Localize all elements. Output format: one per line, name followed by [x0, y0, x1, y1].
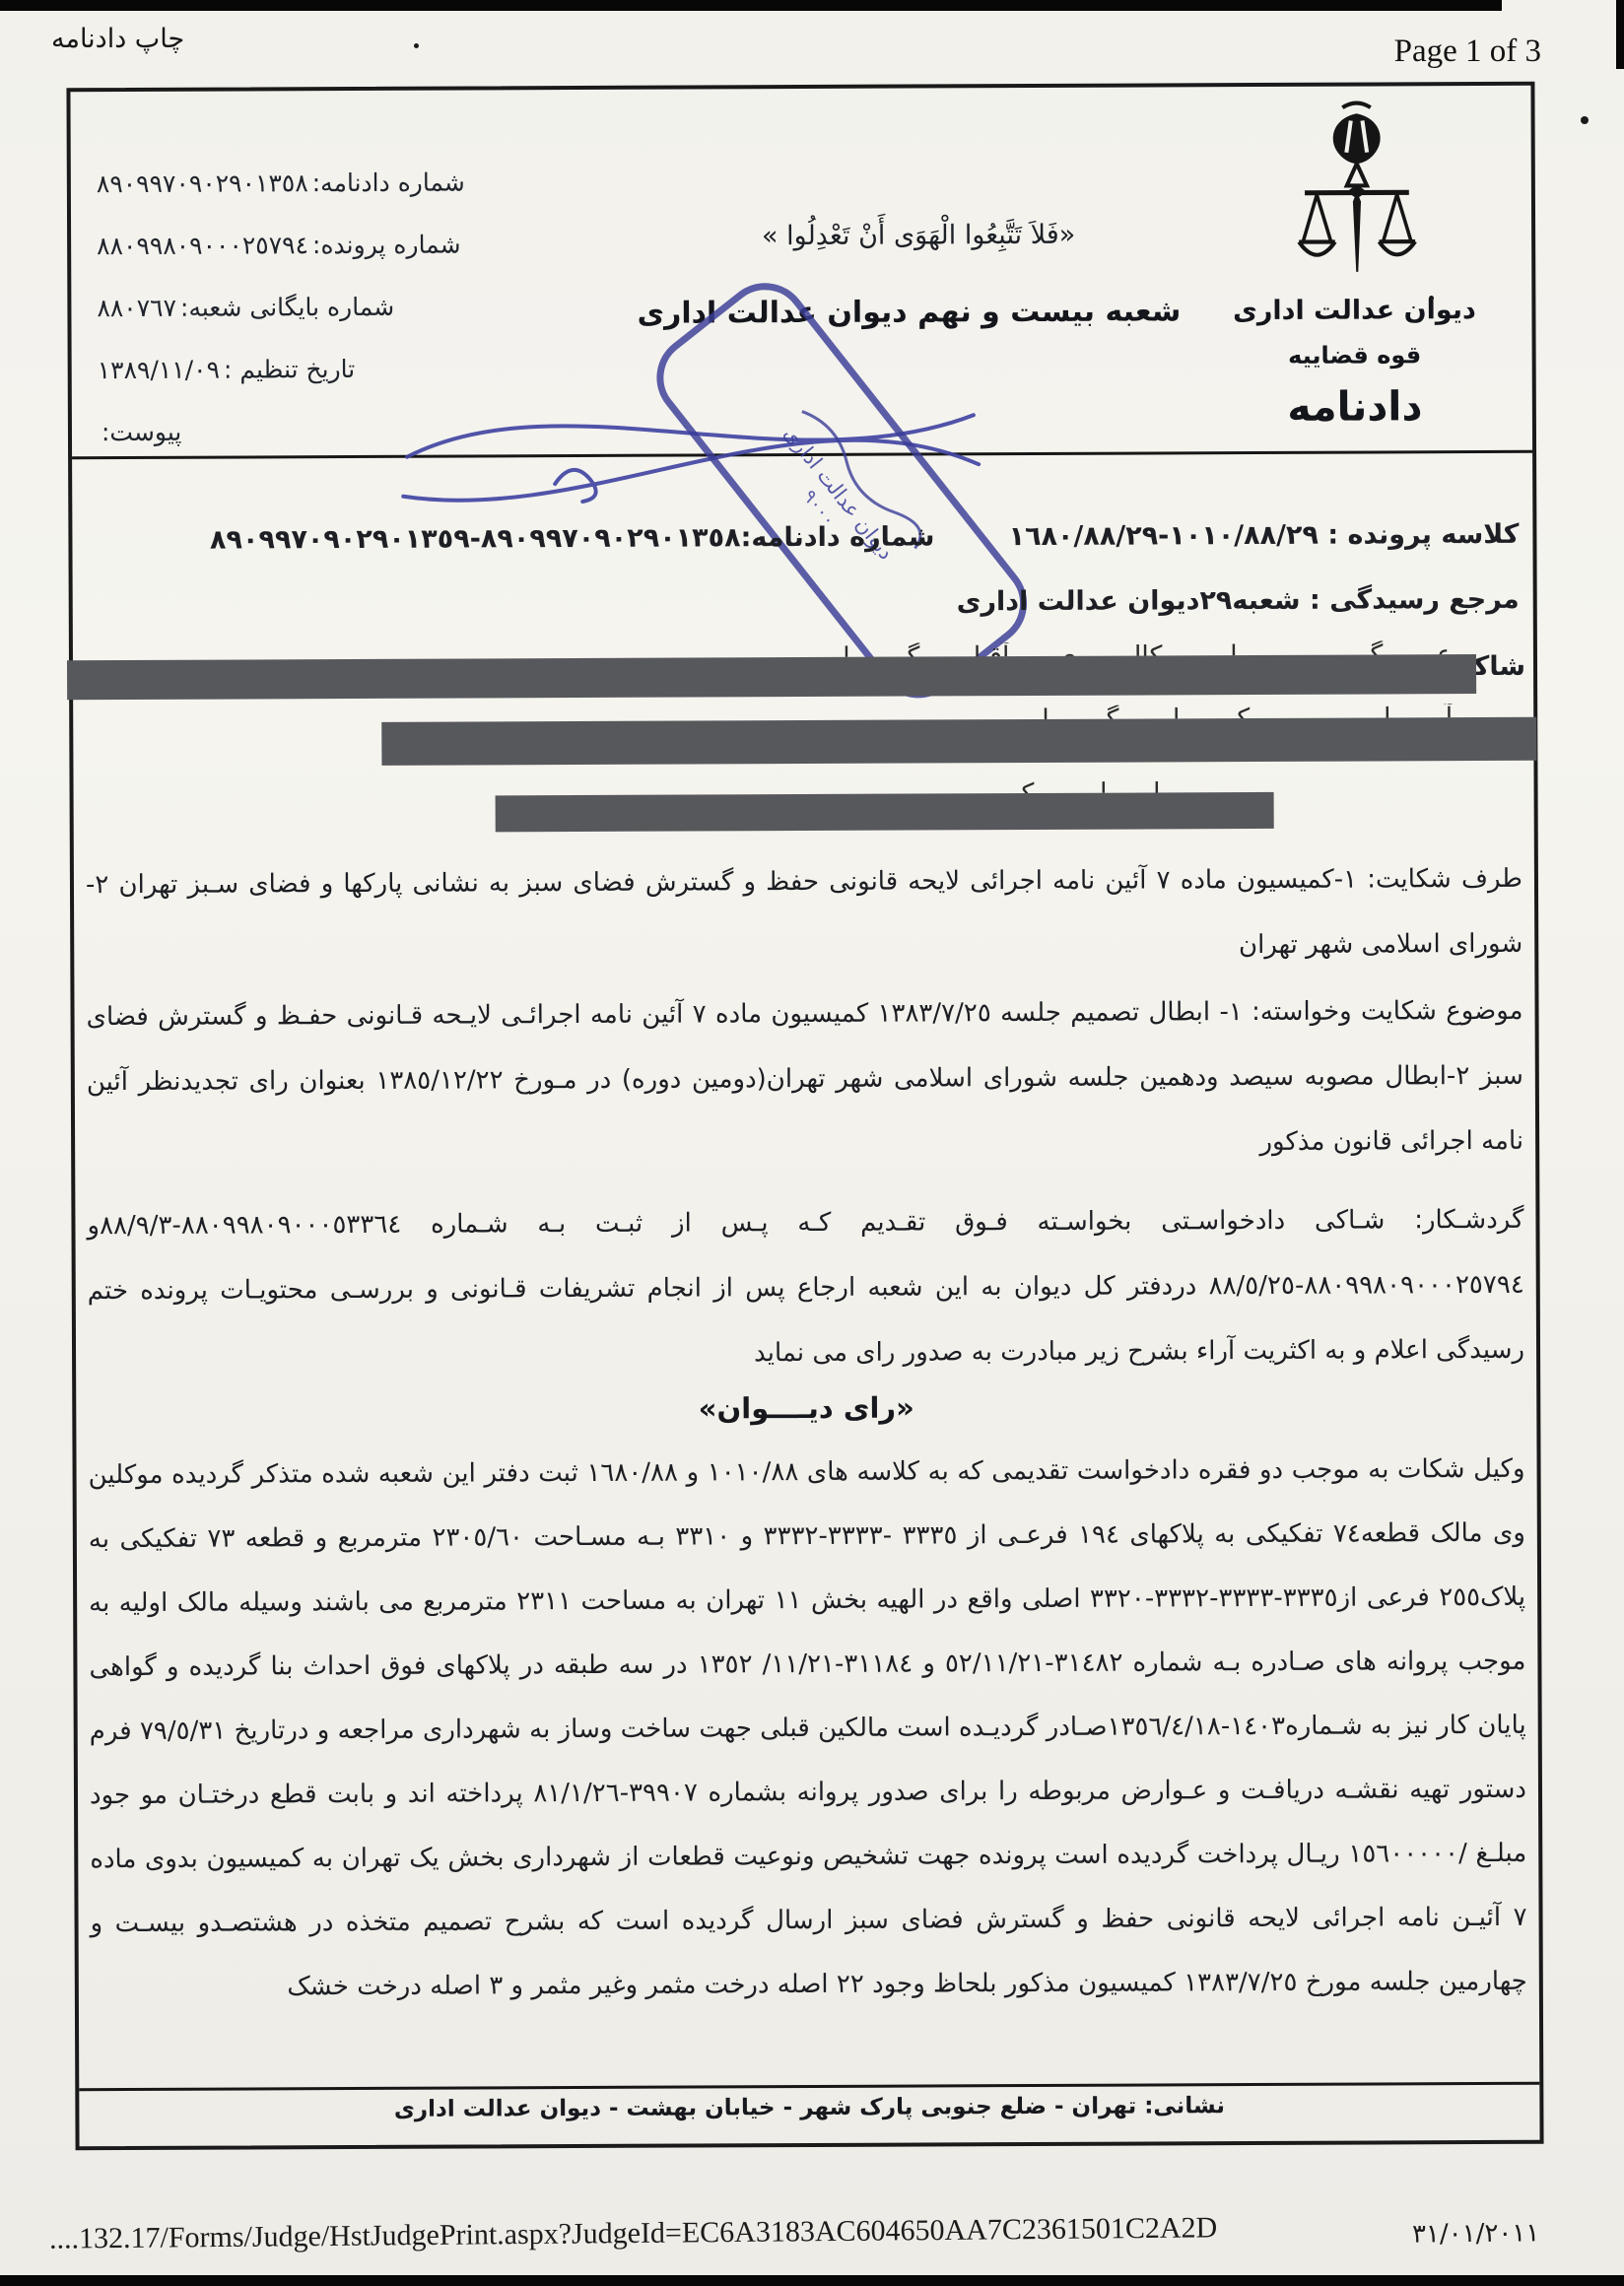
branch-title: شعبه بیست و نهم دیوان عدالت اداری: [564, 294, 1253, 331]
respondent-paragraph: طرف شکایت: ١-کمیسیون ماده ٧ آئین نامه اج…: [86, 846, 1523, 982]
print-date: ٣١/٠١/٢٠١١: [1412, 2218, 1540, 2249]
letterhead-row-label: شماره پرونده:: [312, 231, 461, 260]
subject-paragraph: موضوع شکایت وخواسته: ١- ابطال تصمیم جلسه…: [86, 978, 1523, 1179]
scan-edge-strip-bottom: [0, 2275, 1624, 2286]
letterhead-row: شماره دادنامه:٨٩٠٩٩٧٠٩٠٢٩٠١٣٥٨: [97, 151, 595, 215]
scan-edge-strip-corner: [1616, 0, 1624, 69]
judiciary-name: قوه قضاییه: [1195, 341, 1515, 370]
quran-verse: «فَلاَ تَتَّبِعُوا الْهَوَى أَنْ تَعْدِل…: [603, 219, 1234, 252]
letterhead-row-value: ٨٨٠٩٩٨٠٩٠٠٠٢٥٧٩٤: [97, 231, 308, 260]
letterhead-row-value: ٨٩٠٩٩٧٠٩٠٢٩٠١٣٥٨: [97, 168, 308, 198]
letterhead-row-value: ١٣٨٩/١١/٠٩: [98, 356, 220, 385]
print-page-title: چاپ دادنامه: [51, 24, 184, 54]
court-identity-block: دیوان عدالت اداری قوه قضاییه دادنامه: [1194, 295, 1515, 431]
review-authority-line: مرجع رسیدگی : شعبه٢٩دیوان عدالت اداری: [87, 584, 1520, 621]
scan-edge-strip-top: [0, 0, 1502, 11]
footer-divider: [79, 2082, 1539, 2091]
doc-type-title: دادنامه: [1195, 382, 1515, 431]
justice-scales-emblem: [1296, 98, 1417, 292]
letterhead-row-value: ٨٨٠٧٦٧: [97, 294, 176, 322]
scan-speck: [1429, 296, 1434, 301]
letterhead-row: شماره بایگانی شعبه:٨٨٠٧٦٧: [97, 275, 595, 339]
verdict-body: وکیل شکات به موجب دو فقره دادخواست تقدیم…: [88, 1438, 1527, 2020]
judgment-sheet: شماره دادنامه:٨٩٠٩٩٧٠٩٠٢٩٠١٣٥٨ شماره پرو…: [66, 82, 1543, 2150]
court-name: دیوان عدالت اداری: [1194, 295, 1514, 326]
scan-speck: [414, 43, 419, 48]
print-url: ....132.17/Forms/Judge/HstJudgePrint.asp…: [49, 2211, 1218, 2255]
redaction-bar: [67, 654, 1476, 700]
letterhead-row-label: تاریخ تنظیم :: [224, 355, 355, 384]
redaction-bar: [381, 717, 1536, 766]
page-number-indicator: Page 1 of 3: [1394, 34, 1541, 70]
letterhead-row-label: شماره دادنامه:: [312, 168, 465, 197]
procedure-paragraph: گردشـکار: شـاکی دادخواسـتی بخواسـته فـوق…: [87, 1187, 1524, 1388]
case-class-line: کلاسه پرونده : ١٠١٠/٨٨/٢٩-١٦٨٠/٨٨/٢٩ شما…: [86, 519, 1519, 556]
scan-speck: [1581, 116, 1589, 124]
redaction-bar: [496, 792, 1274, 832]
letterhead-row-label: شماره بایگانی شعبه:: [180, 293, 394, 322]
letterhead-row: شماره پرونده:٨٨٠٩٩٨٠٩٠٠٠٢٥٧٩٤: [97, 213, 595, 277]
letterhead-row-label: پیوست:: [101, 418, 181, 446]
verdict-heading: «رای دیــــوان»: [76, 1388, 1536, 1428]
address-footer: نشانی: تهران - ضلع جنوبی پارک شهر - خیاب…: [79, 2092, 1539, 2123]
